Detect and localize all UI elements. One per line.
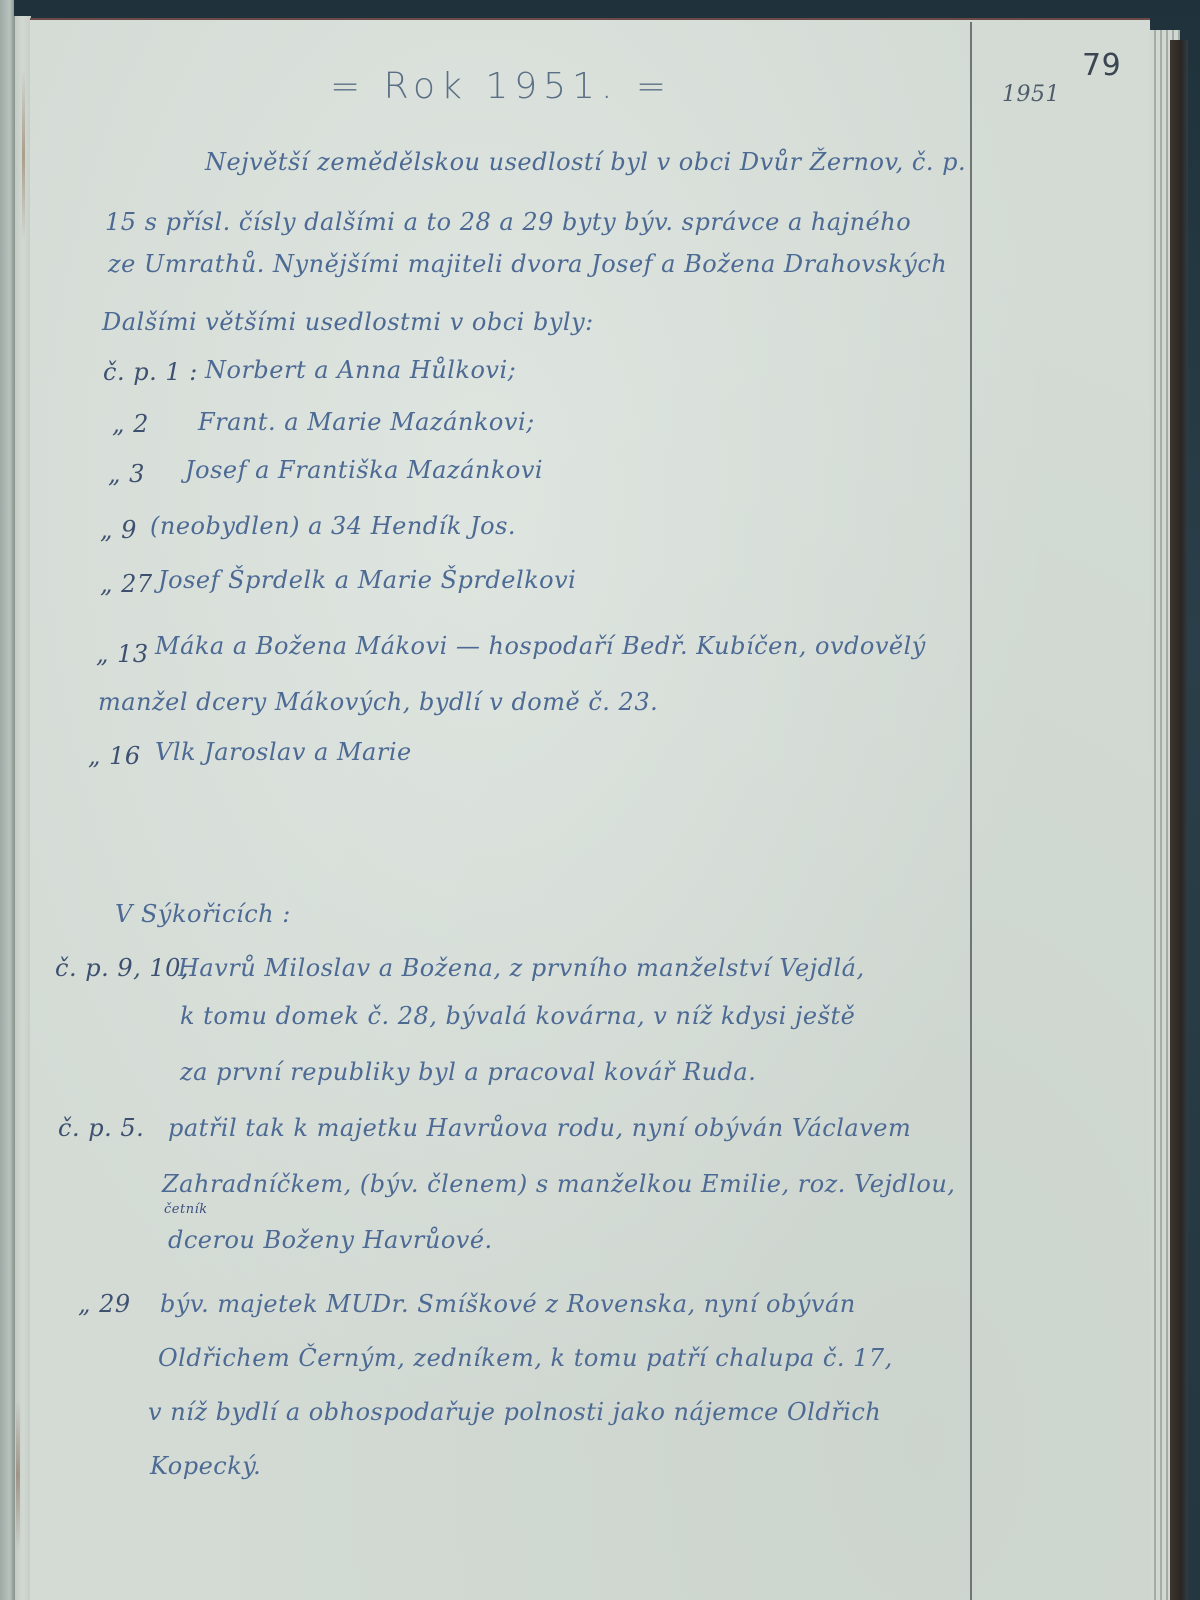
sykorice-entry-line: Zahradníčkem, (býv. členem) s manželkou …	[162, 1170, 955, 1198]
sykorice-entry-line: patřil tak k majetku Havrůova rodu, nyní…	[168, 1114, 911, 1142]
owner-entry: (neobydlen) a 34 Hendík Jos.	[150, 512, 516, 540]
owner-entry: Josef a Františka Mazánkovi	[185, 456, 543, 484]
house-number: č. p. 1 :	[103, 358, 198, 386]
owner-entry-continued: manžel dcery Mákových, bydlí v domě č. 2…	[98, 688, 658, 716]
section-heading-sykorice: V Sýkořicích :	[115, 900, 291, 928]
sykorice-entry-line: v níž bydlí a obhospodařuje polnosti jak…	[148, 1398, 881, 1426]
book-cover	[1170, 40, 1188, 1600]
gutter-stain	[16, 1400, 20, 1550]
page-title: = Rok 1951. =	[330, 66, 672, 107]
house-number: „ 29	[78, 1290, 131, 1318]
house-number: „ 16	[88, 742, 141, 770]
photo-scene: = Rok 1951. = 1951 79 Největší zemědělsk…	[0, 0, 1200, 1600]
house-number: č. p. 9, 10,	[55, 954, 189, 982]
gutter-stain	[22, 70, 25, 240]
owner-entry: Norbert a Anna Hůlkovi;	[205, 356, 516, 384]
owner-entry: Vlk Jaroslav a Marie	[155, 738, 412, 766]
sykorice-entry-line: Havrů Miloslav a Božena, z prvního manže…	[178, 954, 865, 982]
house-number: č. p. 5.	[58, 1114, 144, 1142]
owner-entry: Máka a Božena Mákovi — hospodaří Bedř. K…	[155, 632, 926, 660]
sykorice-entry-line: dcerou Boženy Havrůové.	[168, 1226, 493, 1254]
house-number: „ 27	[100, 570, 153, 598]
sykorice-entry-line: Kopecký.	[150, 1452, 261, 1480]
house-number: „ 3	[108, 460, 145, 488]
owner-entry: Josef Šprdelk a Marie Šprdelkovi	[158, 566, 576, 594]
sykorice-entry-line: k tomu domek č. 28, bývalá kovárna, v ní…	[180, 1002, 855, 1030]
book-gutter	[14, 16, 31, 1600]
sykorice-entry-line: za první republiky byl a pracoval kovář …	[180, 1058, 756, 1086]
house-number: „ 13	[96, 640, 149, 668]
page-number: 79	[1082, 48, 1121, 83]
sykorice-entry-line: Oldřichem Černým, zedníkem, k tomu patří…	[158, 1344, 893, 1372]
previous-page-edge	[0, 0, 14, 1600]
intro-line: ze Umrathů. Nynějšími majiteli dvora Jos…	[108, 250, 947, 278]
intro-line: Dalšími většími usedlostmi v obci byly:	[102, 308, 594, 336]
inserted-note: četník	[164, 1202, 208, 1217]
intro-line: 15 s přísl. čísly dalšími a to 28 a 29 b…	[105, 208, 911, 236]
margin-year: 1951	[1002, 82, 1060, 107]
house-number: „ 2	[112, 410, 149, 438]
margin-rule	[970, 22, 972, 1600]
sykorice-entry-line: býv. majetek MUDr. Smíškové z Rovenska, …	[160, 1290, 856, 1318]
intro-line: Největší zemědělskou usedlostí byl v obc…	[205, 148, 966, 176]
owner-entry: Frant. a Marie Mazánkovi;	[198, 408, 535, 436]
house-number: „ 9	[100, 516, 137, 544]
